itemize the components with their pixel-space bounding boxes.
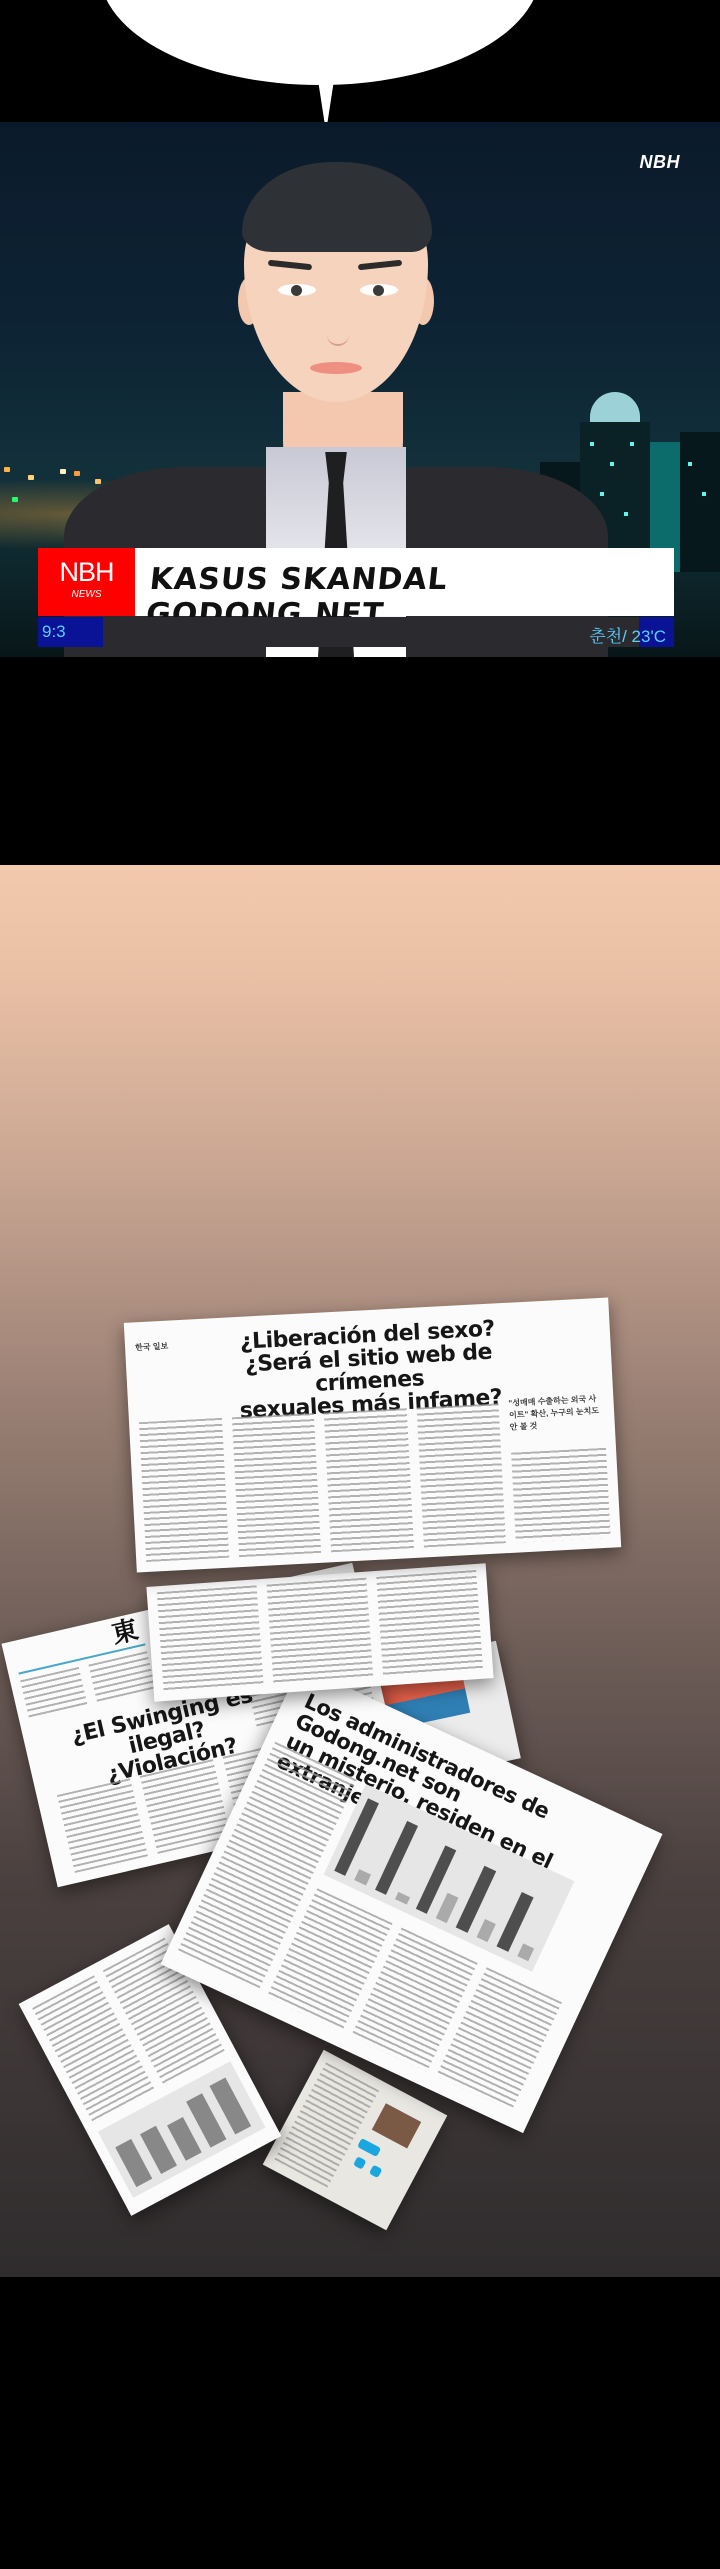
bottom-black-band <box>0 2277 720 2569</box>
news-lower-third: NBH NEWS KASUS SKANDAL GODONG.NET <box>38 548 674 616</box>
anchor-eye-right <box>360 284 398 296</box>
newspaper-liberacion: 한국 일보 ¿Liberación del sexo? ¿Será el sit… <box>124 1297 621 1572</box>
newspaper-side-quote: "성매매 수출하는 외국 사이트" 확산, 누구의 눈치도 안 볼 것 <box>508 1393 605 1434</box>
speech-bubble <box>100 0 540 85</box>
newspaper-columns <box>146 1563 493 1701</box>
newspaper-masthead: 한국 일보 <box>135 1341 169 1354</box>
ticker-weather: 춘천/ 23'C <box>589 622 666 647</box>
newspapers-panel: 東 ¿El Swinging es ilegal? ¿Violación? Lo… <box>0 865 720 2277</box>
anchor-suit-overlap <box>103 617 639 647</box>
anchor-eye-left <box>278 284 316 296</box>
channel-logo-brand: NBH <box>38 558 135 586</box>
top-black-band <box>0 0 720 122</box>
channel-logo-sub: NEWS <box>38 589 135 600</box>
anchor-hair <box>242 162 432 252</box>
channel-logo: NBH NEWS <box>38 548 135 616</box>
anchor-mouth <box>310 362 362 374</box>
news-ticker: 9:3 춘천/ 23'C <box>38 617 674 647</box>
ticker-time: 9:3 <box>42 622 66 642</box>
